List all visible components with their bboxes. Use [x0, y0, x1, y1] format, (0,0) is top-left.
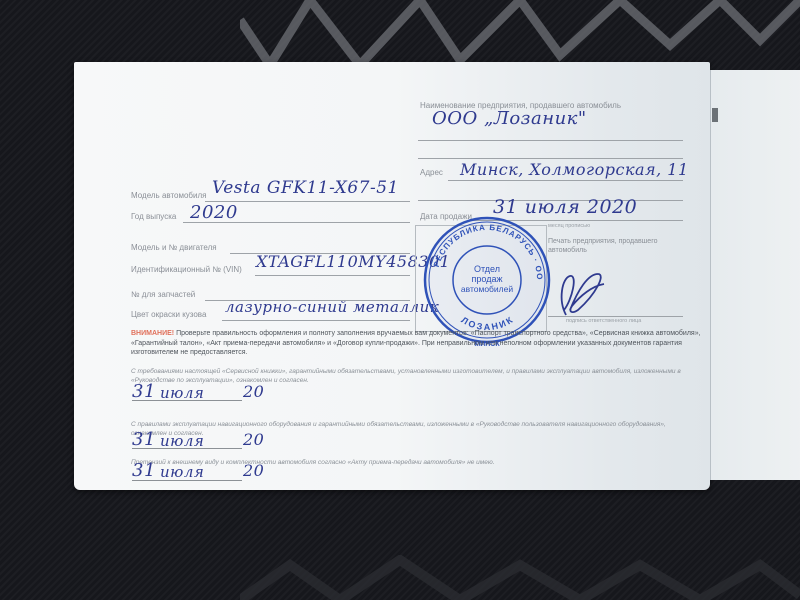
- fabric-zigzag-pattern-bottom: [240, 555, 800, 600]
- color-line: [222, 320, 410, 321]
- address-value: Минск, Холмогорская, 11: [460, 160, 689, 179]
- seller-line-1: [418, 140, 683, 141]
- agreement-2-day: 31: [132, 429, 156, 450]
- parts-number-label: № для запчастей: [131, 290, 195, 299]
- agreement-2-year: 20: [243, 430, 264, 449]
- agreement-3-month: июля: [160, 463, 204, 481]
- year-value: 2020: [190, 202, 238, 223]
- agreement-3-day: 31: [132, 460, 156, 481]
- address-label: Адрес: [420, 168, 443, 177]
- agreement-2-date-line: [132, 448, 242, 449]
- vin-line: [255, 275, 410, 276]
- color-label: Цвет окраски кузова: [131, 310, 206, 319]
- agreement-1-day: 31: [132, 381, 156, 402]
- fabric-zigzag-pattern: [240, 0, 800, 70]
- warning-notice: ВНИМАНИЕ! Проверьте правильность оформле…: [131, 329, 701, 358]
- stamp-label: Печать предприятия, продавшего автомобил…: [548, 237, 658, 255]
- agreement-3-text: Претензий к внешнему виду и комплектност…: [131, 458, 691, 467]
- agreement-1-date-line: [132, 400, 242, 401]
- agreement-2-text: С правилами эксплуатации навигационного …: [131, 420, 691, 438]
- engine-label: Модель и № двигателя: [131, 243, 217, 252]
- warning-label: ВНИМАНИЕ!: [131, 330, 174, 337]
- agreement-3-year: 20: [243, 461, 264, 480]
- stamp-center-line-1: Отдел: [474, 264, 500, 274]
- signature-mark: [548, 270, 618, 320]
- adjacent-page: [710, 70, 800, 480]
- year-label: Год выпуска: [131, 212, 176, 221]
- agreement-1-text: С требованиями настоящей «Сервисной книж…: [131, 367, 691, 385]
- color-value: лазурно-синий металлик: [225, 298, 439, 316]
- page-tab-marker: [712, 108, 718, 122]
- agreement-3-date-line: [132, 480, 242, 481]
- warning-text: Проверьте правильность оформления и полн…: [131, 330, 701, 356]
- svg-text:автомобилей: автомобилей: [461, 284, 513, 294]
- vin-label: Идентификационный № (VIN): [131, 265, 242, 274]
- svg-text:продаж: продаж: [472, 274, 503, 284]
- agreement-1-year: 20: [243, 382, 264, 401]
- address-line: [448, 180, 683, 181]
- seller-value: ООО „Лозаник": [432, 108, 587, 129]
- seller-line-2: [418, 158, 683, 159]
- car-model-value: Vesta GFK11-X67-51: [212, 178, 399, 198]
- car-model-label: Модель автомобиля: [131, 191, 206, 200]
